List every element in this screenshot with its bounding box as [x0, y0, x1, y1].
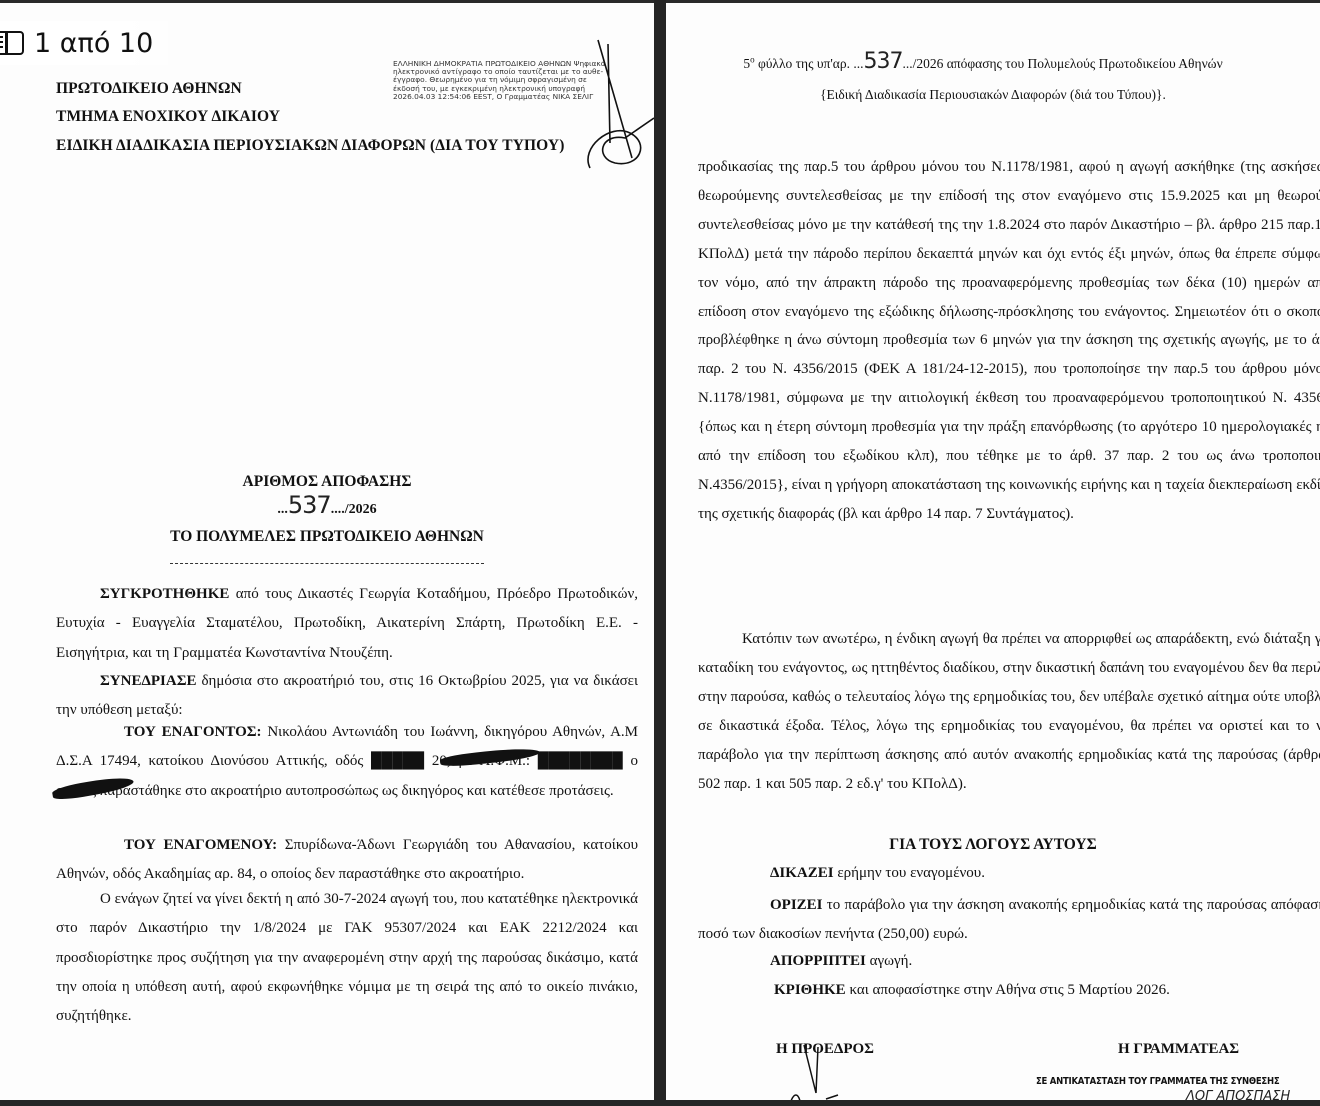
verdict-fee: ΟΡΙΖΕΙ το παράβολο για την άσκηση ανακοπ…	[698, 891, 1320, 949]
handwritten-decision-number: 537	[288, 491, 331, 519]
operative-part-title: ΓΙΑ ΤΟΥΣ ΛΟΓΟΥΣ ΑΥΤΟΥΣ	[666, 836, 1320, 854]
page-counter[interactable]: 1 από 10	[0, 21, 183, 65]
defendant-paragraph: ΤΟΥ ΕΝΑΓΟΜΕΝΟΥ: Σπυρίδωνα-Άδωνι Γεωργιάδ…	[56, 831, 638, 890]
president-signature-icon	[786, 1043, 846, 1100]
handwritten-signature-icon	[570, 38, 654, 178]
page-separator	[654, 0, 666, 1106]
handwritten-decision-number: 537	[863, 49, 902, 74]
procedure-subheader: {Ειδική Διαδικασία Περιουσιακών Διαφορών…	[666, 87, 1320, 103]
court-department-heading: ΤΜΗΜΑ ΕΝΟΧΙΚΟΥ ΔΙΚΑΙΟΥ	[56, 108, 280, 126]
replacement-note: ΣΕ ΑΝΤΙΚΑΤΑΣΤΑΣΗ ΤΟΥ ΓΡΑΜΜΑΤΕΑ ΤΗΣ ΣΥΝΘΕ…	[1036, 1076, 1279, 1087]
viewer-bottom-border	[0, 1100, 1320, 1106]
redacted-tax-id: ████████	[538, 753, 623, 769]
secretary-signature-label: Η ΓΡΑΜΜΑΤΕΑΣ	[1118, 1041, 1239, 1058]
court-name-heading: ΠΡΩΤΟΔΙΚΕΙΟ ΑΘΗΝΩΝ	[56, 80, 242, 98]
document-page-5: 5ο φύλλο της υπ'αρ. ...537.../2026 απόφα…	[666, 3, 1320, 1100]
conclusion-paragraph: Κατόπιν των ανωτέρω, η ένδικη αγωγή θα π…	[698, 625, 1320, 798]
verdict-dismiss: ΑΠΟΡΡΙΠΤΕΙ αγωγή.	[770, 953, 912, 970]
session-paragraph: ΣΥΝΕΔΡΙΑΣΕ δημόσια στο ακροατήριό του, σ…	[56, 667, 638, 726]
decision-number: ...537..../2026	[0, 491, 654, 519]
divider	[170, 563, 484, 564]
court-title: ΤΟ ΠΟΛΥΜΕΛΕΣ ΠΡΩΤΟΔΙΚΕΙΟ ΑΘΗΝΩΝ	[0, 528, 654, 546]
decision-number-label: ΑΡΙΘΜΟΣ ΑΠΟΦΑΣΗΣ	[0, 473, 654, 491]
composition-paragraph: ΣΥΓΚΡΟΤΗΘΗΚΕ από τους Δικαστές Γεωργία Κ…	[56, 580, 638, 668]
plaintiff-paragraph: ΤΟΥ ΕΝΑΓΟΝΤΟΣ: Νικολάου Αντωνιάδη του Ιω…	[56, 718, 638, 806]
handwritten-note: ΛΟΓ ΑΠΟΣΠΑΣΗ	[1186, 1089, 1290, 1100]
procedure-heading: ΕΙΔΙΚΗ ΔΙΑΔΙΚΑΣΙΑ ΠΕΡΙΟΥΣΙΑΚΩΝ ΔΙΑΦΟΡΩΝ …	[56, 137, 564, 155]
book-icon	[0, 31, 24, 55]
reasoning-paragraph: προδικασίας της παρ.5 του άρθρου μόνου τ…	[698, 153, 1320, 529]
redacted-address: █████ 20	[371, 753, 447, 769]
verdict-decided: ΚΡΙΘΗΚΕ και αποφασίστηκε στην Αθήνα στις…	[774, 982, 1170, 999]
claim-paragraph: Ο ενάγων ζητεί να γίνει δεκτή η από 30-7…	[56, 885, 638, 1031]
sheet-header: 5ο φύλλο της υπ'αρ. ...537.../2026 απόφα…	[666, 49, 1310, 74]
page-counter-label: 1 από 10	[34, 28, 153, 59]
verdict-default-judgment: ΔΙΚΑΖΕΙ ερήμην του εναγομένου.	[770, 865, 985, 882]
document-page-1: 1 από 10 ΠΡΩΤΟΔΙΚΕΙΟ ΑΘΗΝΩΝ ΤΜΗΜΑ ΕΝΟΧΙΚ…	[0, 3, 654, 1100]
